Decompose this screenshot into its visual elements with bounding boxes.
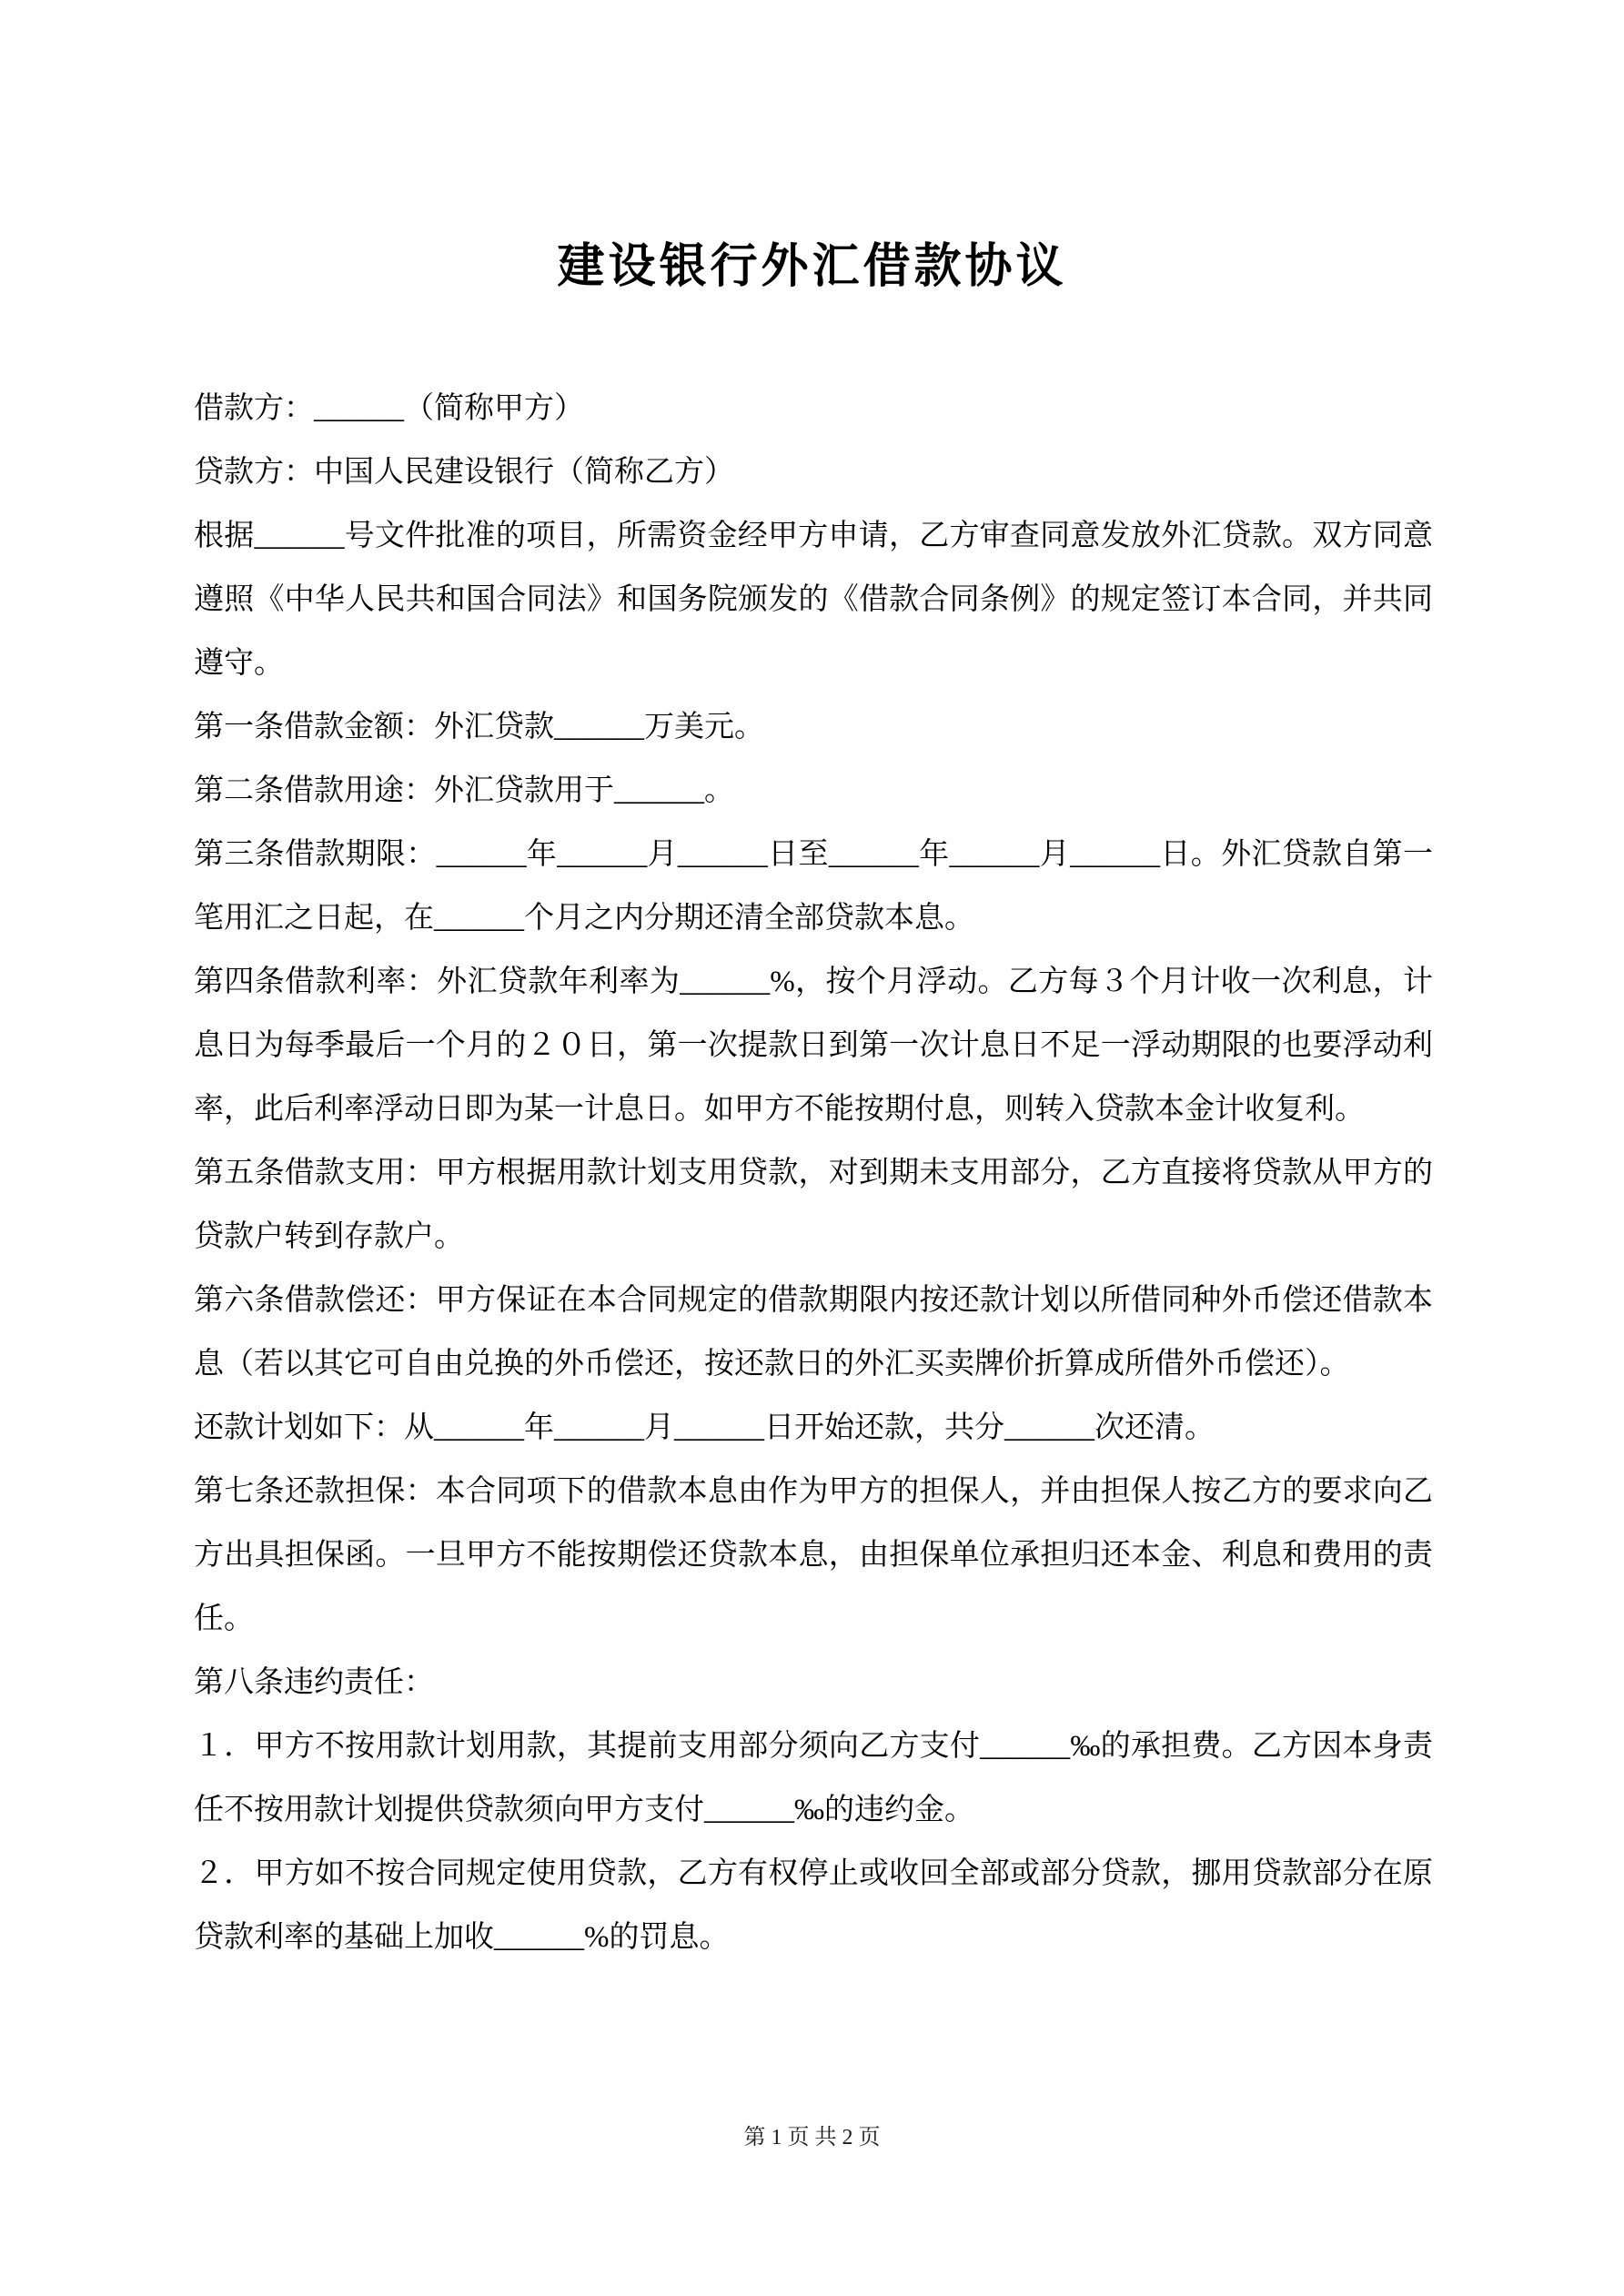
paragraph-clause-2-purpose: 第二条借款用途：外汇贷款用于______。 [194,759,1433,823]
paragraph-clause-3-term: 第三条借款期限：______年______月______日至______年___… [194,823,1433,950]
paragraph-liability-item-1: １．甲方不按用款计划用款，其提前支用部分须向乙方支付______‰的承担费。乙方… [194,1714,1433,1842]
document-title: 建设银行外汇借款协议 [0,239,1624,294]
paragraph-borrower: 借款方：______（简称甲方） [194,377,1433,440]
paragraph-clause-5-disbursement: 第五条借款支用：甲方根据用款计划支用贷款，对到期未支用部分，乙方直接将贷款从甲方… [194,1141,1433,1269]
paragraph-liability-item-2: ２．甲方如不按合同规定使用贷款，乙方有权停止或收回全部或部分贷款，挪用贷款部分在… [194,1842,1433,1969]
paragraph-repayment-plan: 还款计划如下：从______年______月______日开始还款，共分____… [194,1396,1433,1460]
paragraph-clause-6-repayment: 第六条借款偿还：甲方保证在本合同规定的借款期限内按还款计划以所借同种外币偿还借款… [194,1269,1433,1396]
paragraph-clause-7-guarantee: 第七条还款担保：本合同项下的借款本息由作为甲方的担保人，并由担保人按乙方的要求向… [194,1460,1433,1651]
page-number-footer: 第 1 页 共 2 页 [0,2122,1624,2153]
paragraph-clause-8-liability-heading: 第八条违约责任： [194,1651,1433,1714]
paragraph-lender: 贷款方：中国人民建设银行（简称乙方） [194,440,1433,504]
paragraph-clause-1-amount: 第一条借款金额：外汇贷款______万美元。 [194,695,1433,759]
document-page: 建设银行外汇借款协议 借款方：______（简称甲方） 贷款方：中国人民建设银行… [0,0,1624,2296]
document-body: 借款方：______（简称甲方） 贷款方：中国人民建设银行（简称乙方） 根据__… [194,377,1433,1969]
paragraph-preamble: 根据______号文件批准的项目，所需资金经甲方申请，乙方审查同意发放外汇贷款。… [194,504,1433,695]
paragraph-clause-4-interest: 第四条借款利率：外汇贷款年利率为______%，按个月浮动。乙方每３个月计收一次… [194,950,1433,1141]
